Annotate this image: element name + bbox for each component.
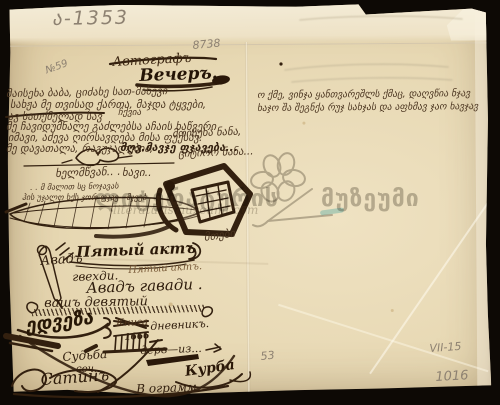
manuscript-scan: ა-1353 8738 №59 53 VII-15 1016 Автографъ… (0, 0, 500, 405)
watermark-flower-icon (0, 0, 500, 405)
